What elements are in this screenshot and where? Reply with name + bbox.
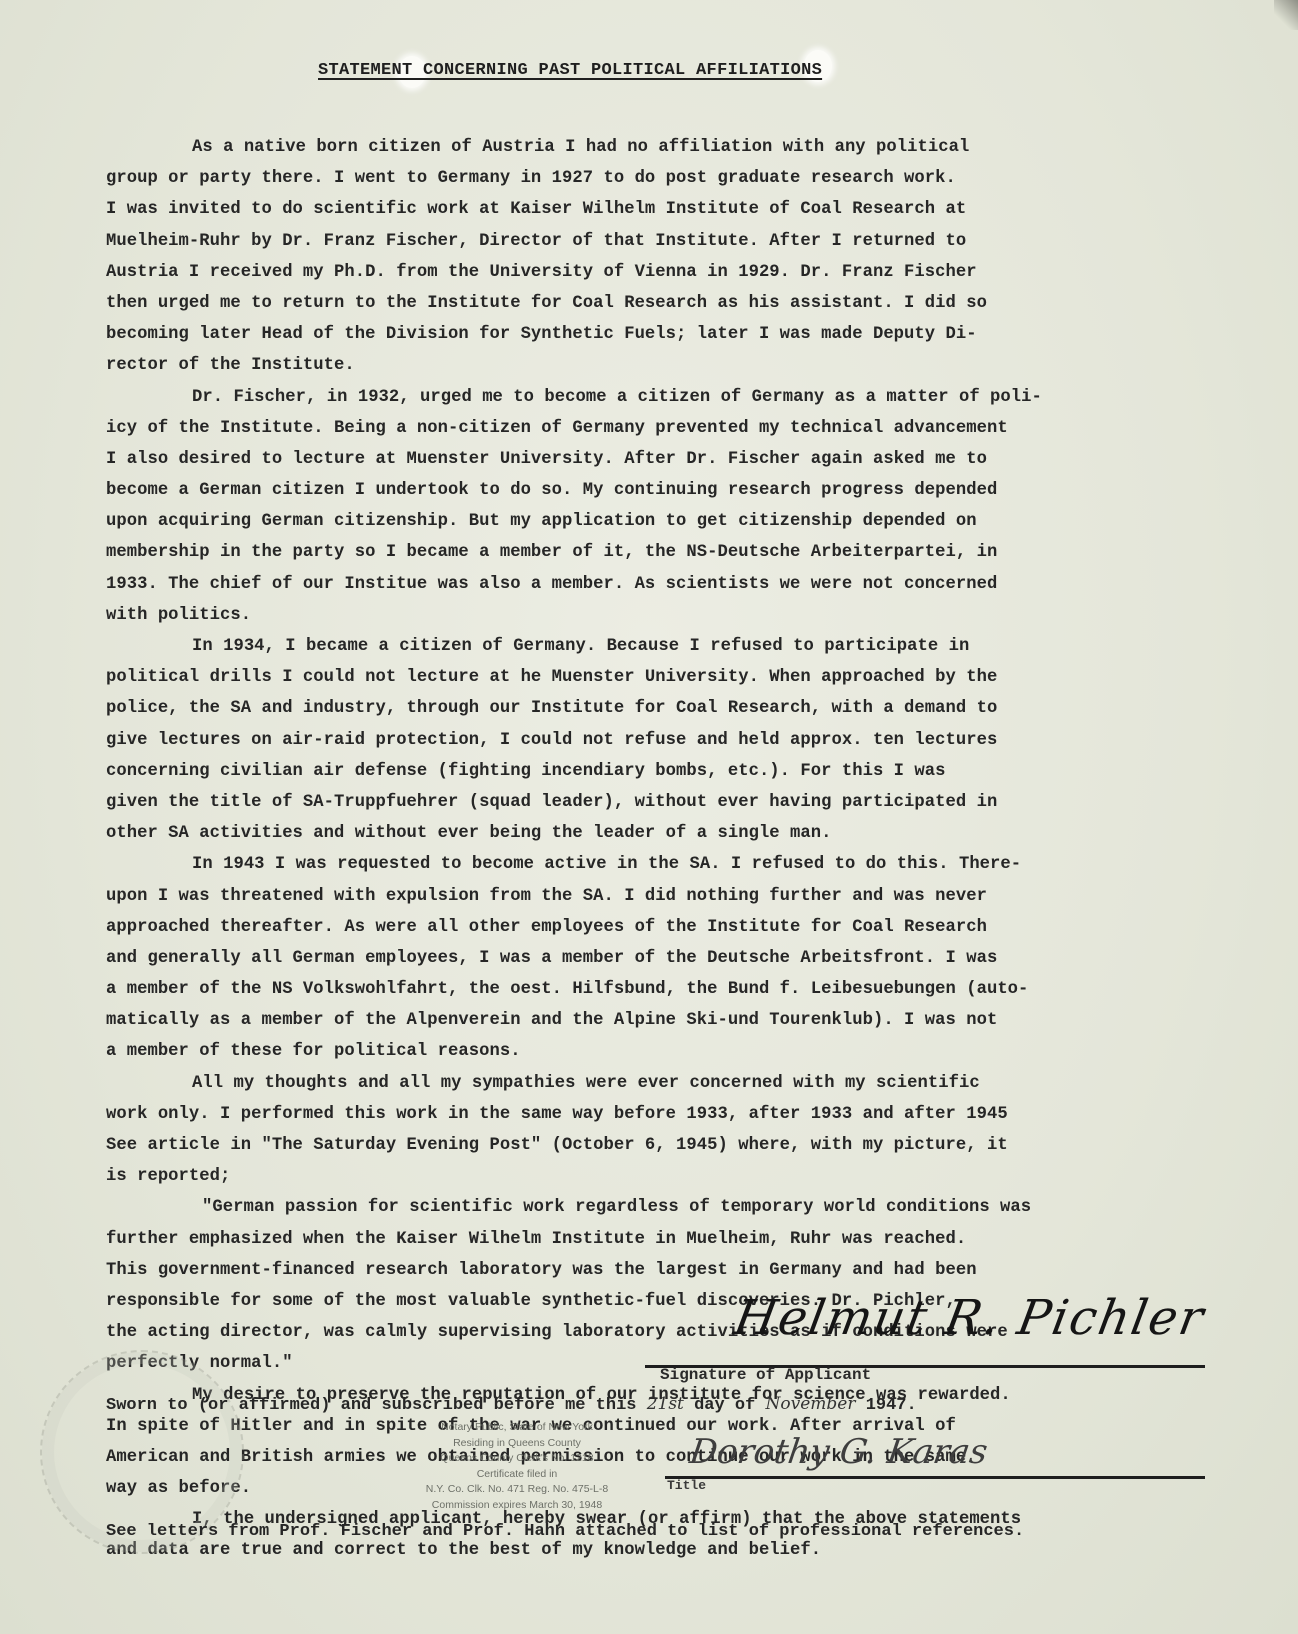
applicant-signature: Helmut R. Pichler [730,1290,1209,1346]
statement-line: become a German citizen I undertook to d… [106,475,1236,506]
statement-line: concerning civilian air defense (fightin… [106,756,1236,787]
statement-line: with politics. [106,600,1236,631]
notary-signature-line [665,1476,1205,1479]
statement-line: I also desired to lecture at Muenster Un… [106,444,1236,475]
statement-line: I was invited to do scientific work at K… [106,194,1236,225]
statement-line: becoming later Head of the Division for … [106,319,1236,350]
stamp-line: Residing in Queens County [372,1436,662,1452]
statement-line: political drills I could not lecture at … [106,662,1236,693]
statement-line: In spite of Hitler and in spite of the w… [106,1411,1236,1442]
statement-line: matically as a member of the Alpenverein… [106,1005,1236,1036]
statement-line: In 1943 I was requested to become active… [106,849,1236,880]
statement-line: This government-financed research labora… [106,1255,1236,1286]
sworn-year: 1947. [866,1396,917,1415]
statement-line: other SA activities and without ever bei… [106,818,1236,849]
statement-line: group or party there. I went to Germany … [106,163,1236,194]
stamp-line: N.Y. Co. Clk. No. 471 Reg. No. 475-L-8 [372,1482,662,1498]
statement-body: As a native born citizen of Austria I ha… [106,132,1236,1567]
statement-line: give lectures on air-raid protection, I … [106,725,1236,756]
sworn-prefix: Sworn to (or affirmed) and subscribed be… [106,1396,637,1415]
statement-line: work only. I performed this work in the … [106,1099,1236,1130]
sworn-day: 21st [647,1394,684,1414]
statement-line: is reported; [106,1161,1236,1192]
document-page: STATEMENT CONCERNING PAST POLITICAL AFFI… [0,0,1298,1634]
footer-note: See letters from Prof. Fischer and Prof.… [106,1522,1024,1541]
statement-line: Muelheim-Ruhr by Dr. Franz Fischer, Dire… [106,226,1236,257]
statement-line: then urged me to return to the Institute… [106,288,1236,319]
statement-line: Dr. Fischer, in 1932, urged me to become… [106,382,1236,413]
statement-line: icy of the Institute. Being a non-citize… [106,413,1236,444]
statement-line: As a native born citizen of Austria I ha… [106,132,1236,163]
document-title: STATEMENT CONCERNING PAST POLITICAL AFFI… [318,61,930,80]
statement-line: All my thoughts and all my sympathies we… [106,1068,1236,1099]
page-corner-shadow [1274,0,1298,30]
statement-line: American and British armies we obtained … [106,1442,1236,1473]
notary-stamp: Notary Public, State of New YorkResiding… [372,1420,662,1513]
sworn-day-of: day of [694,1396,755,1415]
statement-line: 1933. The chief of our Institue was also… [106,569,1236,600]
statement-line: Austria I received my Ph.D. from the Uni… [106,257,1236,288]
stamp-line: Queens County Clerk's No. 1218 [372,1451,662,1467]
statement-line: approached thereafter. As were all other… [106,912,1236,943]
statement-line: a member of the NS Volkswohlfahrt, the o… [106,974,1236,1005]
statement-line: police, the SA and industry, through our… [106,693,1236,724]
statement-line: given the title of SA-Truppfuehrer (squa… [106,787,1236,818]
statement-line: further emphasized when the Kaiser Wilhe… [106,1224,1236,1255]
statement-line: upon I was threatened with expulsion fro… [106,881,1236,912]
stamp-line: Commission expires March 30, 1948 [372,1498,662,1514]
statement-line: See article in "The Saturday Evening Pos… [106,1130,1236,1161]
statement-line: "German passion for scientific work rega… [106,1192,1236,1223]
sworn-statement: Sworn to (or affirmed) and subscribed be… [106,1394,917,1415]
statement-line: rector of the Institute. [106,350,1236,381]
signature-label: Signature of Applicant [660,1366,871,1384]
statement-line: and generally all German employees, I wa… [106,943,1236,974]
statement-line: upon acquiring German citizenship. But m… [106,506,1236,537]
statement-line: membership in the party so I became a me… [106,537,1236,568]
statement-line: a member of these for political reasons. [106,1036,1236,1067]
statement-line: In 1934, I became a citizen of Germany. … [106,631,1236,662]
stamp-line: Certificate filed in [372,1467,662,1483]
sworn-month: November [766,1394,856,1414]
notary-title-label: Title [667,1478,706,1493]
notary-signature: Dorothy G. Karas [687,1432,990,1472]
stamp-line: Notary Public, State of New York [372,1420,662,1436]
